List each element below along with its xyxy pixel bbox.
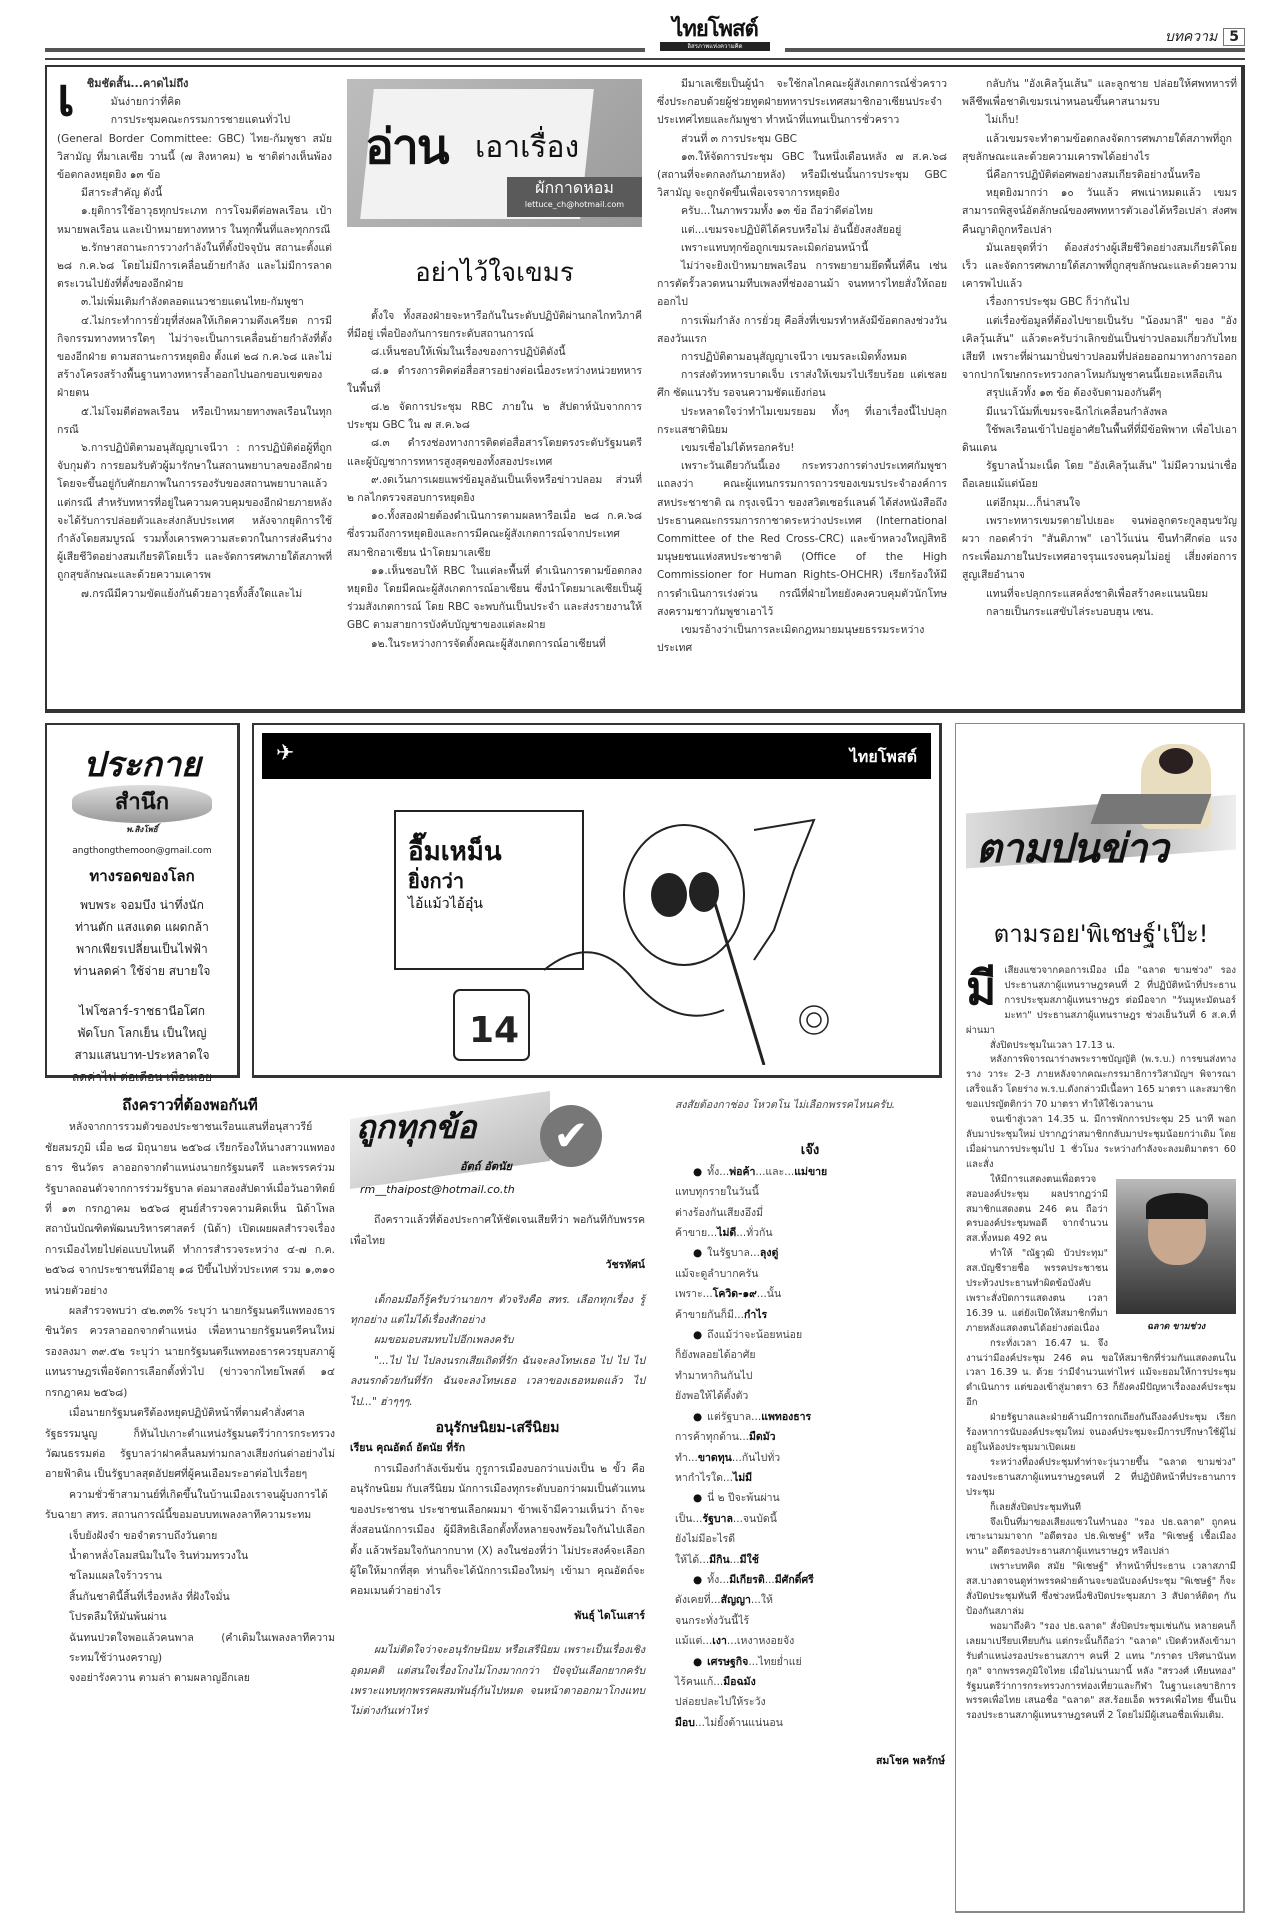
poem-line: พบพระ จอมบึง น่าทึ่งนัก bbox=[47, 894, 237, 916]
poem-line: ท่านตัก แสงแดด แผดกล้า bbox=[47, 916, 237, 938]
article-paragraph: ๘.๑ ดำรงการติดต่อสื่อสารอย่างต่อเนื่องระ… bbox=[347, 362, 642, 398]
letter-paragraph: หลังจากการรวมตัวของประชาชนเรือนแสนที่อนุ… bbox=[45, 1117, 335, 1301]
poem-line: ไฟโซลาร์-ราชธานีอโศก bbox=[47, 1000, 237, 1022]
column-logo-banner: อ่าน เอาเรื่อง ผักกาดหอม lettuce_ch@hotm… bbox=[347, 79, 642, 227]
poem-title: ทางรอดของโลก bbox=[47, 864, 237, 888]
editor-reply: ผมขอมอบสมทบไปอีกเพลงครับ bbox=[350, 1330, 645, 1350]
tanpon-paragraph: เพราะบทคิด สมัย "พิเชษฐ์" ทำหน้าที่ประธา… bbox=[966, 1560, 1236, 1620]
poem-email: angthongthemoon@gmail.com bbox=[47, 846, 237, 856]
author-email: lettuce_ch@hotmail.com bbox=[507, 199, 642, 211]
skull-reaper-drawing: 14 bbox=[394, 810, 844, 1065]
article-column-1: เ ชิมชัดสั้น...คาดไม่ถึง มันง่ายกว่าที่ค… bbox=[57, 75, 332, 603]
article-paragraph: แต่...เขมรจะปฏิบัติได้ครบหรือไม่ อันนี้ย… bbox=[657, 221, 947, 239]
emphasis: เศรษฐกิจ bbox=[707, 1656, 748, 1668]
article-column-3: มีมาเลเซียเป็นผู้นำ จะใช้กลไกคณะผู้สังเก… bbox=[657, 75, 947, 658]
letter-body: ถึงคราวแล้วที่ต้องประกาศให้ชัดเจนเสียทีว… bbox=[350, 1210, 645, 1251]
emphasis: มีศักดิ์ศรี bbox=[775, 1574, 814, 1586]
column-title-big: อ่าน bbox=[365, 109, 448, 185]
cartoon-header-bar: ✈ ไทยโพสต์ bbox=[262, 733, 931, 779]
jeng-title: เจ๊ง bbox=[675, 1141, 945, 1161]
article-paragraph: ๘.เห็นชอบให้เพิ่มในเรื่องของการปฏิบัติดั… bbox=[347, 343, 642, 361]
article-paragraph: กลับกัน "อังเคิลวุ้นเส้น" และลูกชาย ปล่อ… bbox=[962, 75, 1237, 111]
article-paragraph: แต่เรื่องข้อมูลที่ต้องไปขายเป็นรับ "น้อง… bbox=[962, 312, 1237, 385]
article-paragraph: ตั้งใจ ทั้งสองฝ่ายจะหารือกันในระดับปฏิบั… bbox=[347, 307, 642, 343]
poem-stanzas: พบพระ จอมบึง น่าทึ่งนักท่านตัก แสงแดด แผ… bbox=[47, 894, 237, 1088]
jeng-signature: สมโชค พลรักษ์ bbox=[675, 1751, 945, 1771]
article-paragraph: ๔.ไม่กระทำการยั่วยุที่ส่งผลให้เกิดความตึ… bbox=[57, 312, 332, 403]
tanpon-paragraph: ก็เลยสั่งปิดประชุมทันที bbox=[966, 1501, 1236, 1516]
verse-bullet-line: ถึงแม้ว่าจะน้อยหน่อย bbox=[675, 1325, 945, 1345]
jeng-poem-column: สงสัยต้องกาช่อง โหวตโน ไม่เลือกพรรคไหนคร… bbox=[675, 1095, 945, 1772]
verse-bullet-line: แต่รัฐบาล...แพทองธาร bbox=[675, 1407, 945, 1427]
page-number: 5 bbox=[1223, 28, 1245, 46]
article-paragraph: ๑๓.ให้จัดการประชุม GBC ในหนึ่งเดือนหลัง … bbox=[657, 148, 947, 203]
newspaper-logo: ไทยโพสต์ อิสรภาพแห่งความคิด bbox=[645, 18, 785, 54]
article-paragraph: ไม่เก็บ! bbox=[962, 111, 1237, 129]
photo-caption: ฉลาด ขามช่วง bbox=[1116, 1320, 1236, 1335]
emphasis: ขาดทุน bbox=[698, 1452, 732, 1464]
verse-line: การค้าทุกด้าน...มืดมัว bbox=[675, 1427, 945, 1447]
verse-line: ยังพอให้ได้ตั้งตัว bbox=[675, 1386, 945, 1406]
article-paragraph: ๒.รักษาสถานะการวางกำลังในที่ตั้งปัจจุบัน… bbox=[57, 239, 332, 294]
letter-paragraph: เมื่อนายกรัฐมนตรีต้องหยุดปฏิบัติหน้าที่ต… bbox=[45, 1403, 335, 1485]
article-paragraph: ๑.ยุติการใช้อาวุธทุกประเภท การโจมตีต่อพล… bbox=[57, 202, 332, 238]
poem-box: ประกาย สำนึก พ.สิงโพธิ์ angthongthemoon@… bbox=[45, 723, 240, 1078]
article-paragraph: มันเลยจุดที่ว่า ต้องส่งร่างผู้เสียชีวิตอ… bbox=[962, 239, 1237, 294]
verse-bullet-line: เศรษฐกิจ...ไทยย่ำแย่ bbox=[675, 1652, 945, 1672]
article-paragraph: แทนที่จะปลุกกระแสคลั่งชาติเพื่อสร้างคะแน… bbox=[962, 585, 1237, 603]
verse-line: หากำไรใด...ไม่มี bbox=[675, 1468, 945, 1488]
author-box: ผักกาดหอม lettuce_ch@hotmail.com bbox=[507, 177, 642, 217]
poem-author: พ.สิงโพธิ์ bbox=[62, 823, 222, 836]
letter-title: อนุรักษนิยม-เสรีนิยม bbox=[350, 1418, 645, 1438]
article-paragraph: ๗.กรณีมีความขัดแย้งกันด้วยอาวุธทั้งสิ้งใ… bbox=[57, 585, 332, 603]
article-paragraph: ๓.ไม่เพิ่มเติมกำลังตลอดแนวชายแดนไทย-กัมพ… bbox=[57, 293, 332, 311]
article-paragraph: ๖.การปฏิบัติตามอนุสัญญาเจนีวา : การปฏิบั… bbox=[57, 439, 332, 585]
article-column-2: ตั้งใจ ทั้งสองฝ่ายจะหารือกันในระดับปฏิบั… bbox=[347, 307, 642, 653]
tanpon-lead: เสียงแซวจากคอการเมือง เมื่อ "ฉลาด ขามช่ว… bbox=[966, 964, 1236, 1039]
mascot-icon: ✈ bbox=[276, 741, 326, 771]
tanpon-paragraph: จึงเป็นที่มาของเสียงแซวในทำนอง "รอง ปธ.ฉ… bbox=[966, 1516, 1236, 1561]
verse-line: เป็น...รัฐบาล...จนบัดนี้ bbox=[675, 1509, 945, 1529]
cartoon-artwork: อื๊มเหม็น ยิ่งกว่า ไอ้แม้วไอ้อุ๋น 14 bbox=[394, 810, 844, 1065]
letter-salutation: เรียน คุณอัตถ์ อัตนัย ที่รัก bbox=[350, 1438, 645, 1458]
svg-text:14: 14 bbox=[469, 1010, 519, 1051]
article-paragraph: เพราะทหารเขมรตายไปเยอะ จนพ่อลูกตระกูลฮุน… bbox=[962, 512, 1237, 585]
editorial-cartoon: ✈ ไทยโพสต์ อื๊มเหม็น ยิ่งกว่า ไอ้แม้วไอ้… bbox=[252, 723, 942, 1078]
letter-signature: วัชรทัศน์ bbox=[350, 1255, 645, 1275]
song-line: น้ำตาหลั่งโลมสนิมในใจ รินท่วมทรวงใน bbox=[45, 1546, 335, 1566]
emphasis: ลุงตู่ bbox=[760, 1247, 778, 1259]
poem-column-logo: ประกาย สำนึก พ.สิงโพธิ์ bbox=[62, 745, 222, 840]
article-paragraph: เรื่องการประชุม GBC ก็ว่ากันไป bbox=[962, 293, 1237, 311]
verse-bullet-line: ทั้ง...พ่อค้า...และ...แม่ขาย bbox=[675, 1162, 945, 1182]
verse-line: ทำ...ขาดทุน...กันไปทั่ว bbox=[675, 1448, 945, 1468]
verse-bullet-line: ในรัฐบาล...ลุงตู่ bbox=[675, 1243, 945, 1263]
emphasis: มืดมัว bbox=[749, 1431, 776, 1443]
editor-reply: ผมไม่ติดใจว่าจะอนุรักษนิยม หรือเสรีนิยม … bbox=[350, 1640, 645, 1722]
tanpon-logo: ตามปนข่าว bbox=[966, 744, 1236, 884]
verse-line: ค้าขาย...ไม่ดี...ทั่วกัน bbox=[675, 1223, 945, 1243]
song-line: ชโลมแผลใจร้าวราน bbox=[45, 1566, 335, 1586]
mailbag-logo-sub: อัตถ์ อัตนัย bbox=[460, 1157, 512, 1177]
article-paragraph: เพราะแทบทุกข้อถูกเขมรละเมิดก่อนหน้านี้ bbox=[657, 239, 947, 257]
tanpon-column-box: ตามปนข่าว ตามรอย'พิเชษฐ์'เป๊ะ! มี เสียงแ… bbox=[955, 723, 1245, 1913]
masthead: ไทยโพสต์ อิสรภาพแห่งความคิด บทความ5 bbox=[45, 18, 1245, 58]
tanpon-headline: ตามรอย'พิเชษฐ์'เป๊ะ! bbox=[966, 914, 1236, 953]
tanpon-paragraph: จนเข้าสู่เวลา 14.35 น. มีการพักการประชุม… bbox=[966, 1113, 1236, 1173]
emphasis: พ่อค้า bbox=[729, 1166, 755, 1178]
tanpon-paragraph: ระหว่างที่องค์ประชุมทำท่าจะวุ่นวายขึ้น "… bbox=[966, 1456, 1236, 1501]
article-paragraph: เพราะวันเดียวกันนี้เอง กระทรวงการต่างประ… bbox=[657, 457, 947, 621]
emphasis: โควิด-๑๙ bbox=[713, 1288, 757, 1300]
letter-signature: พันธุ์ ไดโนเสาร์ bbox=[350, 1606, 645, 1626]
article-paragraph: ไม่ว่าจะยิงเป้าหมายพลเรือน การพยายามยึดพ… bbox=[657, 257, 947, 312]
verse-line: มือบ...ไม่ยั้งต้านแน่นอน bbox=[675, 1713, 945, 1733]
author-name: ผักกาดหอม bbox=[507, 177, 642, 199]
tanpon-body: มี เสียงแซวจากคอการเมือง เมื่อ "ฉลาด ขาม… bbox=[966, 964, 1236, 1724]
emphasis: มือบ bbox=[675, 1717, 695, 1729]
article-paragraph: เขมรอ้างว่าเป็นการละเมิดกฎหมายมนุษยธรรมร… bbox=[657, 621, 947, 657]
verse-line: ทำมาหากินกันไป bbox=[675, 1366, 945, 1386]
tanpon-paragraph: สั่งปิดประชุมในเวลา 17.13 น. bbox=[966, 1039, 1236, 1054]
article-paragraph: การปฏิบัติตามอนุสัญญาเจนีวา เขมรละเมิดทั… bbox=[657, 348, 947, 366]
article-paragraph: ๘.๒ จัดการประชุม RBC ภายใน ๒ สัปดาห์นับจ… bbox=[347, 398, 642, 434]
article-paragraph: การประชุมคณะกรรมการชายแดนทั่วไป (General… bbox=[57, 111, 332, 184]
emphasis: มีใช้ bbox=[740, 1554, 759, 1566]
photo-image bbox=[1116, 1179, 1236, 1314]
emphasis: แม่ขาย bbox=[794, 1166, 827, 1178]
article-paragraph: มันง่ายกว่าที่คิด bbox=[57, 93, 332, 111]
verse-line: จนกระทั่งวันนี้ไร้ bbox=[675, 1611, 945, 1631]
tanpon-logo-text: ตามปนข่าว bbox=[976, 816, 1168, 880]
poem-line: ท่านลดค่า ใช้จ่าย สบายใจ bbox=[47, 960, 237, 982]
emphasis: รัฐบาล bbox=[702, 1513, 732, 1525]
article-paragraph: แล้วเขมรจะทำตามข้อตกลงจัดการศพภายใต้สภาพ… bbox=[962, 130, 1237, 166]
article-paragraph: มีสาระสำคัญ ดังนี้ bbox=[57, 184, 332, 202]
article-paragraph: หยุดยิงมากว่า ๑๐ วันแล้ว ศพเน่าหมดแล้ว เ… bbox=[962, 184, 1237, 239]
emphasis: มีเกียรติ bbox=[729, 1574, 764, 1586]
editor-reply: เด็กอมมือก็รู้ครับว่านายกฯ ตัวจริงคือ สท… bbox=[350, 1290, 645, 1331]
article-paragraph: ๑๐.ทั้งสองฝ่ายต้องดำเนินการตามผลหารือเมื… bbox=[347, 507, 642, 562]
song-line: โปรดลืมให้มันพ้นผ่าน bbox=[45, 1607, 335, 1627]
letter-article: ถึงคราวที่ต้องพอกันที หลังจากการรวมตัวขอ… bbox=[45, 1095, 335, 1689]
article-paragraph: มีมาเลเซียเป็นผู้นำ จะใช้กลไกคณะผู้สังเก… bbox=[657, 75, 947, 130]
verse-line: ไร้คนแก้...มือฉมัง bbox=[675, 1672, 945, 1692]
column-title-small: เอาเรื่อง bbox=[475, 124, 579, 171]
top-article-box: เ ชิมชัดสั้น...คาดไม่ถึง มันง่ายกว่าที่ค… bbox=[45, 65, 1245, 713]
article-paragraph: กลายเป็นกระแสขับไล่ระบอบฮุน เซน. bbox=[962, 603, 1237, 621]
verse-line: แม้แต่...เงา...เหงาหงอยจัง bbox=[675, 1631, 945, 1651]
emphasis: เงา bbox=[712, 1635, 727, 1647]
article-paragraph: ๑๒.ในระหว่างการจัดตั้งคณะผู้สังเกตการณ์อ… bbox=[347, 635, 642, 653]
verse-line: ดังเคยที่...สัญญา...ให้ bbox=[675, 1590, 945, 1610]
emphasis: แพทองธาร bbox=[761, 1411, 811, 1423]
stanza-gap bbox=[47, 982, 237, 1000]
article-paragraph: เขมรเชื่อไม่ได้หรอกครับ! bbox=[657, 439, 947, 457]
tanpon-drop-cap: มี bbox=[966, 966, 996, 1010]
tanpon-paragraph: ฝ่ายรัฐบาลและฝ่ายค้านมีการถกเถียงกันถึงอ… bbox=[966, 1411, 1236, 1456]
article-paragraph: ประหลาดใจว่าทำไมเขมรยอม ทั้งๆ ที่เอาเรื่… bbox=[657, 403, 947, 439]
mailbag-logo-text: ถูกทุกข้อ bbox=[356, 1117, 476, 1137]
poem-logo-script: ประกาย bbox=[62, 745, 222, 785]
politician-photo: ฉลาด ขามช่วง bbox=[1116, 1179, 1236, 1335]
emphasis: มีกิน bbox=[709, 1554, 729, 1566]
verse-line: ยังไม่มีอะไรดี bbox=[675, 1529, 945, 1549]
song-line: ฉันทนปวดใจพอแล้วคนพาล (คำเดิมในเพลงลาทีค… bbox=[45, 1628, 335, 1669]
letter-paragraph: ผลสำรวจพบว่า ๔๒.๓๓% ระบุว่า นายกรัฐมนตรี… bbox=[45, 1301, 335, 1403]
tanpon-paragraph: กระทั่งเวลา 16.47 น. จึงงานว่ามีองค์ประช… bbox=[966, 1337, 1236, 1412]
verse-line: เพราะ...โควิด-๑๙...นั้น bbox=[675, 1284, 945, 1304]
verse-line: แทบทุกรายในวันนี้ bbox=[675, 1182, 945, 1202]
article-column-4: กลับกัน "อังเคิลวุ้นเส้น" และลูกชาย ปล่อ… bbox=[962, 75, 1237, 621]
emphasis: สัญญา bbox=[721, 1594, 751, 1606]
article-paragraph: แต่อีกมุม...ก็น่าสนใจ bbox=[962, 494, 1237, 512]
mailbag-logo: ถูกทุกข้อ อัตถ์ อัตนัย ✔ bbox=[350, 1095, 645, 1180]
article-paragraph: ๑๑.เห็นชอบให้ RBC ในแต่ละพื้นที่ ดำเนินก… bbox=[347, 562, 642, 635]
drop-cap: เ bbox=[57, 75, 75, 121]
poem-line: สามแสนบาท-ประหลาดใจ bbox=[47, 1044, 237, 1066]
poem-line: พัดโบก โลกเย็น เป็นใหญ่ bbox=[47, 1022, 237, 1044]
mailbag-email: rm__thaipost@hotmail.co.th bbox=[360, 1180, 645, 1200]
mailbag-column: ถูกทุกข้อ อัตถ์ อัตนัย ✔ rm__thaipost@ho… bbox=[350, 1095, 645, 1722]
header-divider bbox=[45, 58, 1245, 60]
article-paragraph: สรุปแล้วทั้ง ๑๓ ข้อ ต้องจับตามองกันดีๆ bbox=[962, 384, 1237, 402]
emphasis: ไม่ดี bbox=[717, 1227, 736, 1239]
letter-paragraph: ความชั่วช้าสามานย์ที่เกิดขึ้นในบ้านเมือง… bbox=[45, 1485, 335, 1526]
song-line: เจ็บยังฝังจำ ขอจำตราบถึงวันตาย bbox=[45, 1526, 335, 1546]
section-label: บทความ5 bbox=[1165, 26, 1245, 48]
tanpon-paragraph: หลังการพิจารณาร่างพระราชบัญญัติ (พ.ร.บ.)… bbox=[966, 1053, 1236, 1113]
verse-line: ปล่อยปละไปให้ระวัง bbox=[675, 1692, 945, 1712]
article-headline: อย่าไว้ใจเขมร bbox=[347, 252, 642, 293]
article-kicker: ชิมชัดสั้น...คาดไม่ถึง bbox=[57, 75, 332, 93]
emphasis: ไม่มี bbox=[733, 1472, 752, 1484]
verse-line: ค้าขายกันก็มี...กำไร bbox=[675, 1305, 945, 1325]
emphasis: มือฉมัง bbox=[723, 1676, 755, 1688]
song-line: จงอย่ารังควาน ตามล่า ตามผลาญอีกเลย bbox=[45, 1668, 335, 1688]
jeng-lead-in: สงสัยต้องกาช่อง โหวตโน ไม่เลือกพรรคไหนคร… bbox=[675, 1095, 945, 1115]
verse-bullet-line: ทั้ง...มีเกียรติ...มีศักดิ์ศรี bbox=[675, 1570, 945, 1590]
article-paragraph: ใช้พลเรือนเข้าไปอยู่อาศัยในพื้นที่ที่มีข… bbox=[962, 421, 1237, 457]
poem-line: พากเพียรเปลี่ยนเป็นไฟฟ้า bbox=[47, 938, 237, 960]
article-paragraph: ๕.ไม่โจมตีต่อพลเรือน หรือเป้าหมายทางพลเร… bbox=[57, 403, 332, 439]
tanpon-paragraph: พอมาถึงคิว "รอง ปธ.ฉลาด" สั่งปิดประชุมเช… bbox=[966, 1620, 1236, 1724]
cartoon-brand: ไทยโพสต์ bbox=[850, 745, 917, 770]
poem-logo-scroll: สำนึก bbox=[72, 785, 212, 823]
logo-text: ไทยโพสต์ bbox=[645, 18, 785, 42]
checkmark-icon: ✔ bbox=[540, 1105, 602, 1167]
verse-line: ต่างร้องกันเสียงอึงมี่ bbox=[675, 1203, 945, 1223]
verse-line: ก็ยังพลอยได้อาศัย bbox=[675, 1345, 945, 1365]
article-paragraph: มีแนวโน้มที่เขมรจะฉีกไก่เคลื่อนกำลังพล bbox=[962, 403, 1237, 421]
letter-body: การเมืองกำลังเข้มข้น กูรูการเมืองบอกว่าแ… bbox=[350, 1459, 645, 1602]
emphasis: กำไร bbox=[744, 1309, 767, 1321]
article-paragraph: การส่งตัวทหารบาดเจ็บ เราส่งให้เขมรไปเรีย… bbox=[657, 366, 947, 402]
article-paragraph: ๘.๓ ดำรงช่องทางการติดต่อสื่อสารโดยตรงระด… bbox=[347, 434, 642, 470]
letter-article-title: ถึงคราวที่ต้องพอกันที bbox=[45, 1095, 335, 1115]
verse-bullet-line: นี่ ๒ ปีจะพ้นผ่าน bbox=[675, 1488, 945, 1508]
section-name: บทความ bbox=[1165, 29, 1217, 45]
article-paragraph: ครับ...ในภาพรวมทั้ง ๑๓ ข้อ ถือว่าดีต่อไท… bbox=[657, 202, 947, 220]
logo-tagline: อิสรภาพแห่งความคิด bbox=[660, 42, 770, 51]
article-paragraph: นี่คือการปฏิบัติต่อศพอย่างสมเกียรติอย่าง… bbox=[962, 166, 1237, 184]
verse-line: แม้จะดูลำบากครัน bbox=[675, 1264, 945, 1284]
article-paragraph: รัฐบาลน้ำมะเน็ด โดย "อังเคิลวุ้นเส้น" ไม… bbox=[962, 457, 1237, 493]
verse-line: ให้ได้...มีกิน...มีใช้ bbox=[675, 1550, 945, 1570]
poem-line: ลดค่าไฟ ต่อเดือน เพื่อนเอย bbox=[47, 1066, 237, 1088]
editor-reply: "...ไป ไป ไปลงนรกเสียเถิดที่รัก ฉันจะลงโ… bbox=[350, 1351, 645, 1412]
article-paragraph: ๙.งดเว้นการเผยแพร่ข้อมูลอันเป็นเท็จหรือข… bbox=[347, 471, 642, 507]
article-paragraph: ส่วนที่ ๓ การประชุม GBC bbox=[657, 130, 947, 148]
article-paragraph: การเพิ่มกำลัง การยั่วยุ คือสิ่งที่เขมรทำ… bbox=[657, 312, 947, 348]
song-line: สิ้นกันชาตินี้สิ้นที่เรื่องหลัง ที่ฝังใจ… bbox=[45, 1587, 335, 1607]
